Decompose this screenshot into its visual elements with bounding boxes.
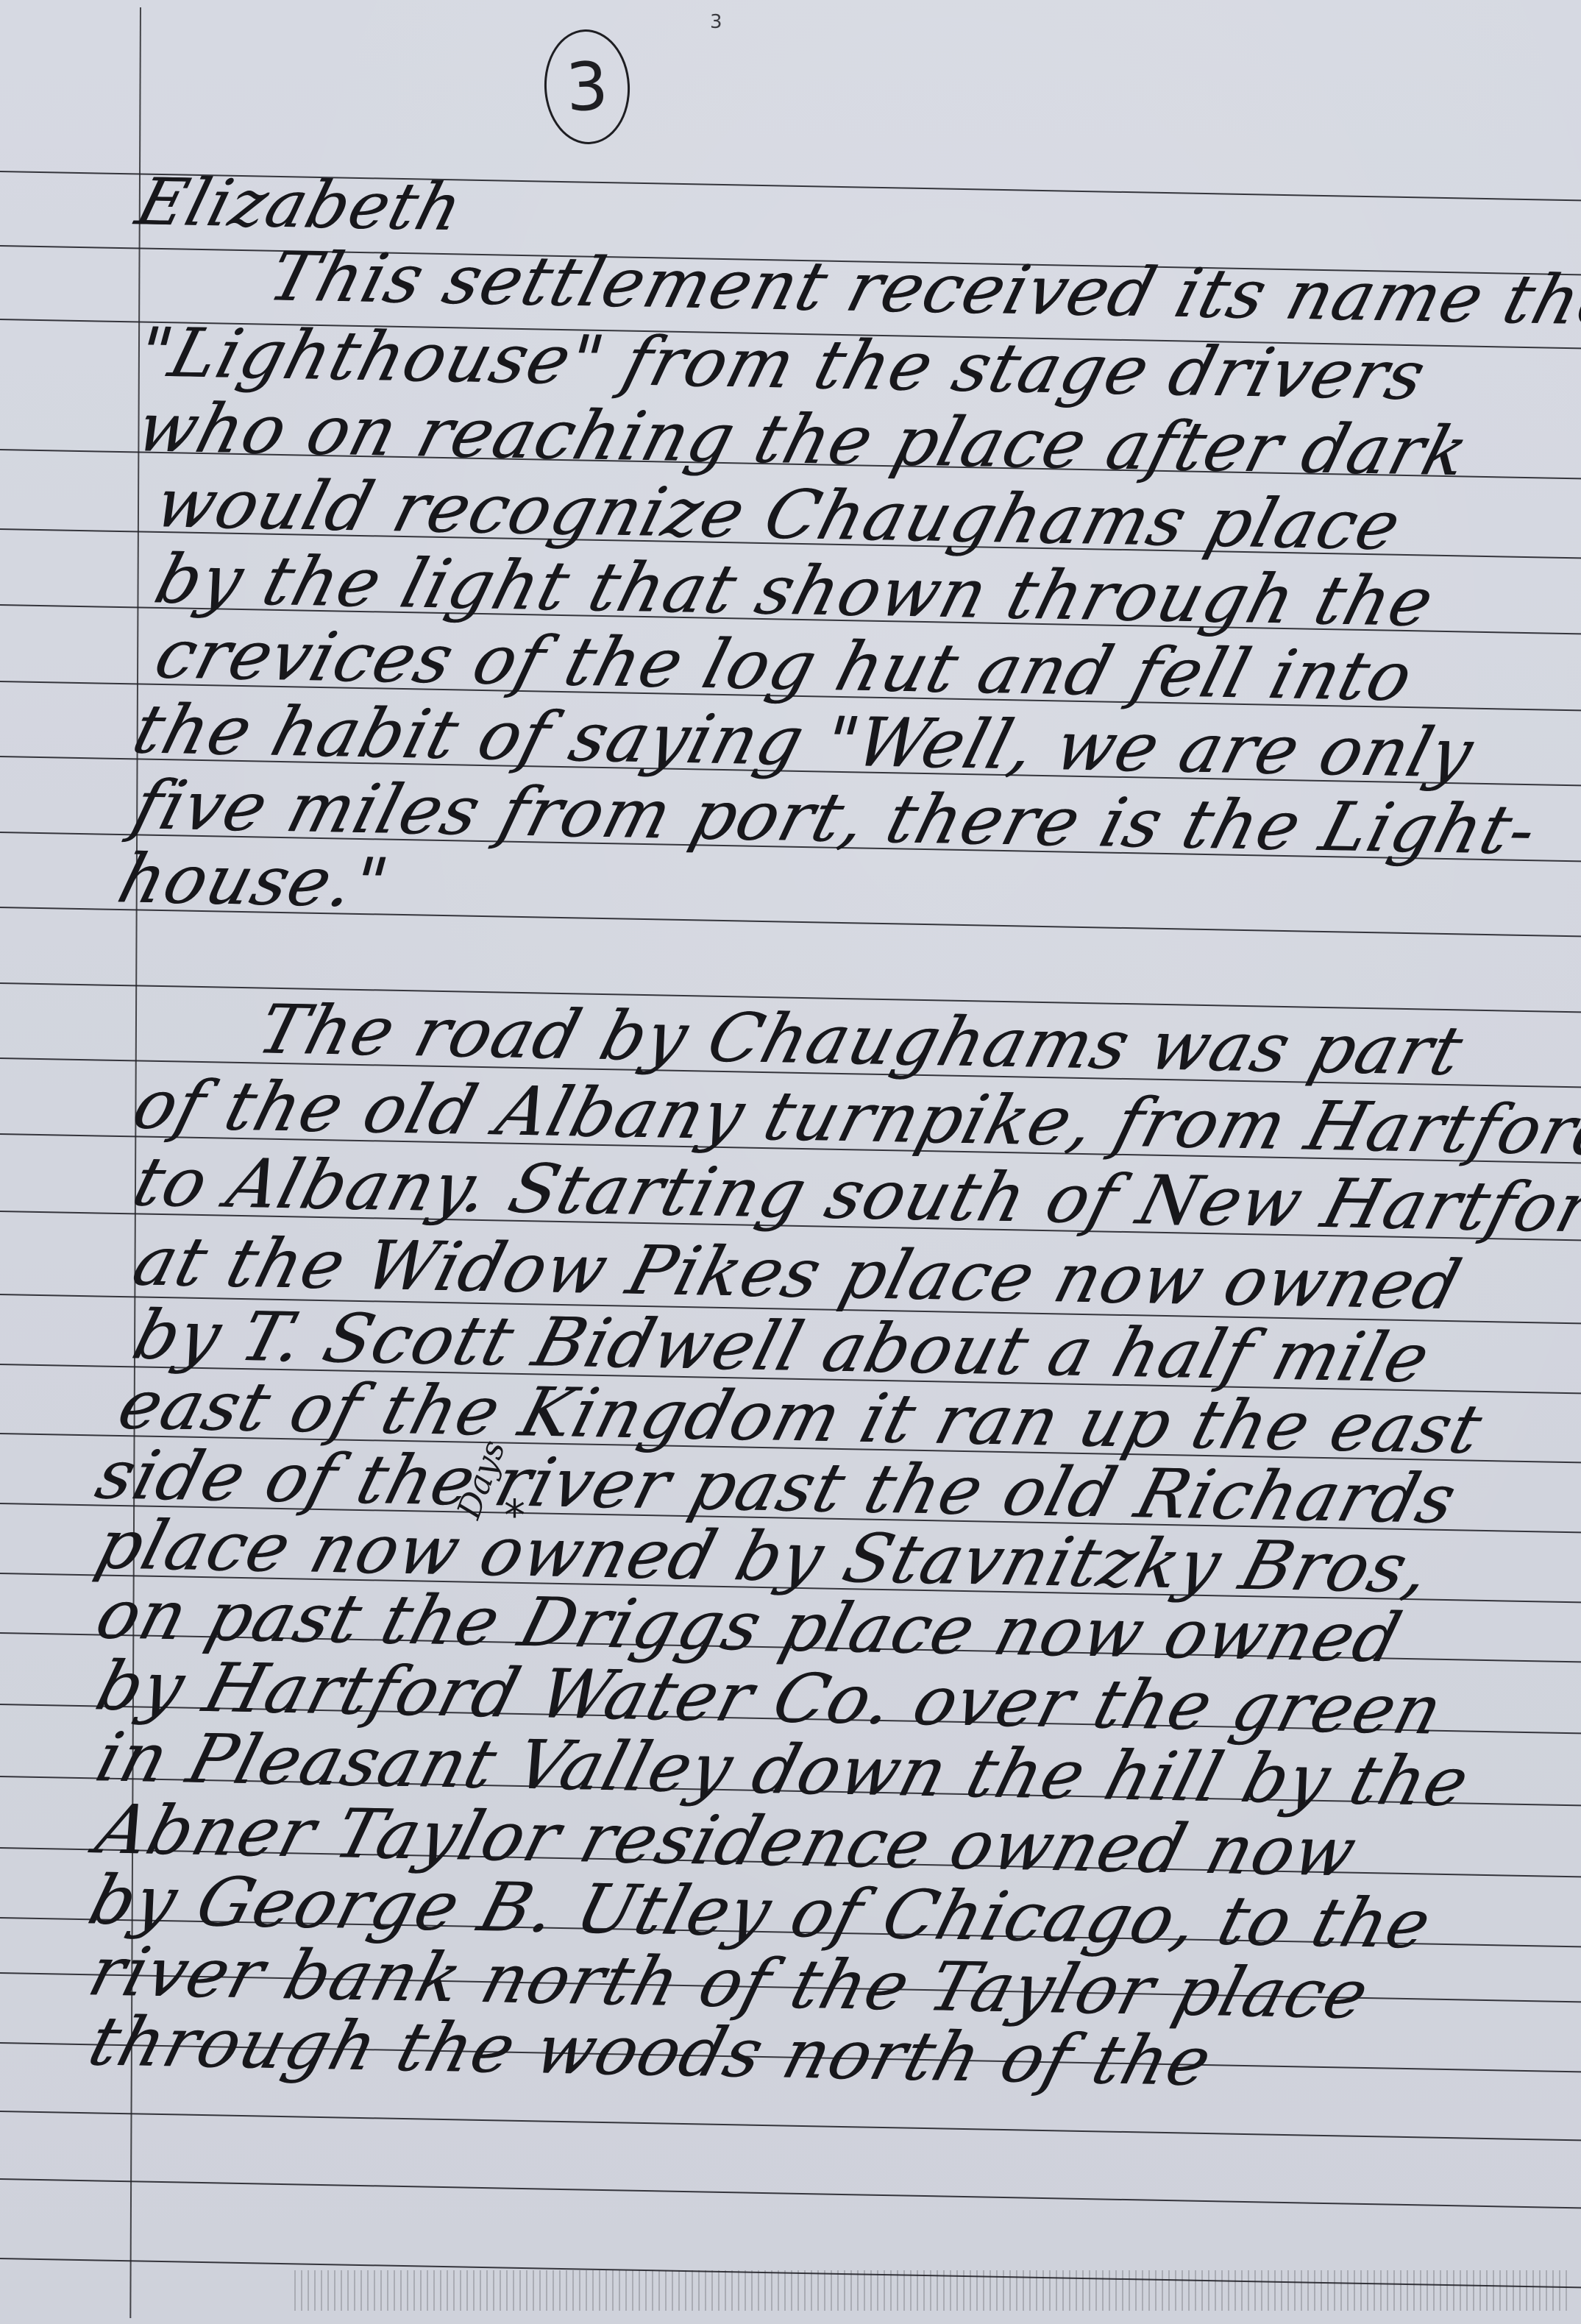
scanned-page: 3 3 Elizabeth This settlement received i…	[0, 0, 1581, 2324]
scan-artifact	[294, 2270, 1567, 2311]
heading-name: Elizabeth	[129, 163, 471, 245]
ruled-line	[0, 2178, 1581, 2209]
insertion-asterisk-icon: *	[504, 1490, 525, 1540]
circled-page-number: 3	[541, 27, 633, 146]
ruled-line	[0, 2111, 1581, 2141]
text-line: house."	[110, 840, 397, 923]
page-number-text: 3	[564, 47, 611, 127]
page-number-tick: 3	[710, 11, 722, 33]
